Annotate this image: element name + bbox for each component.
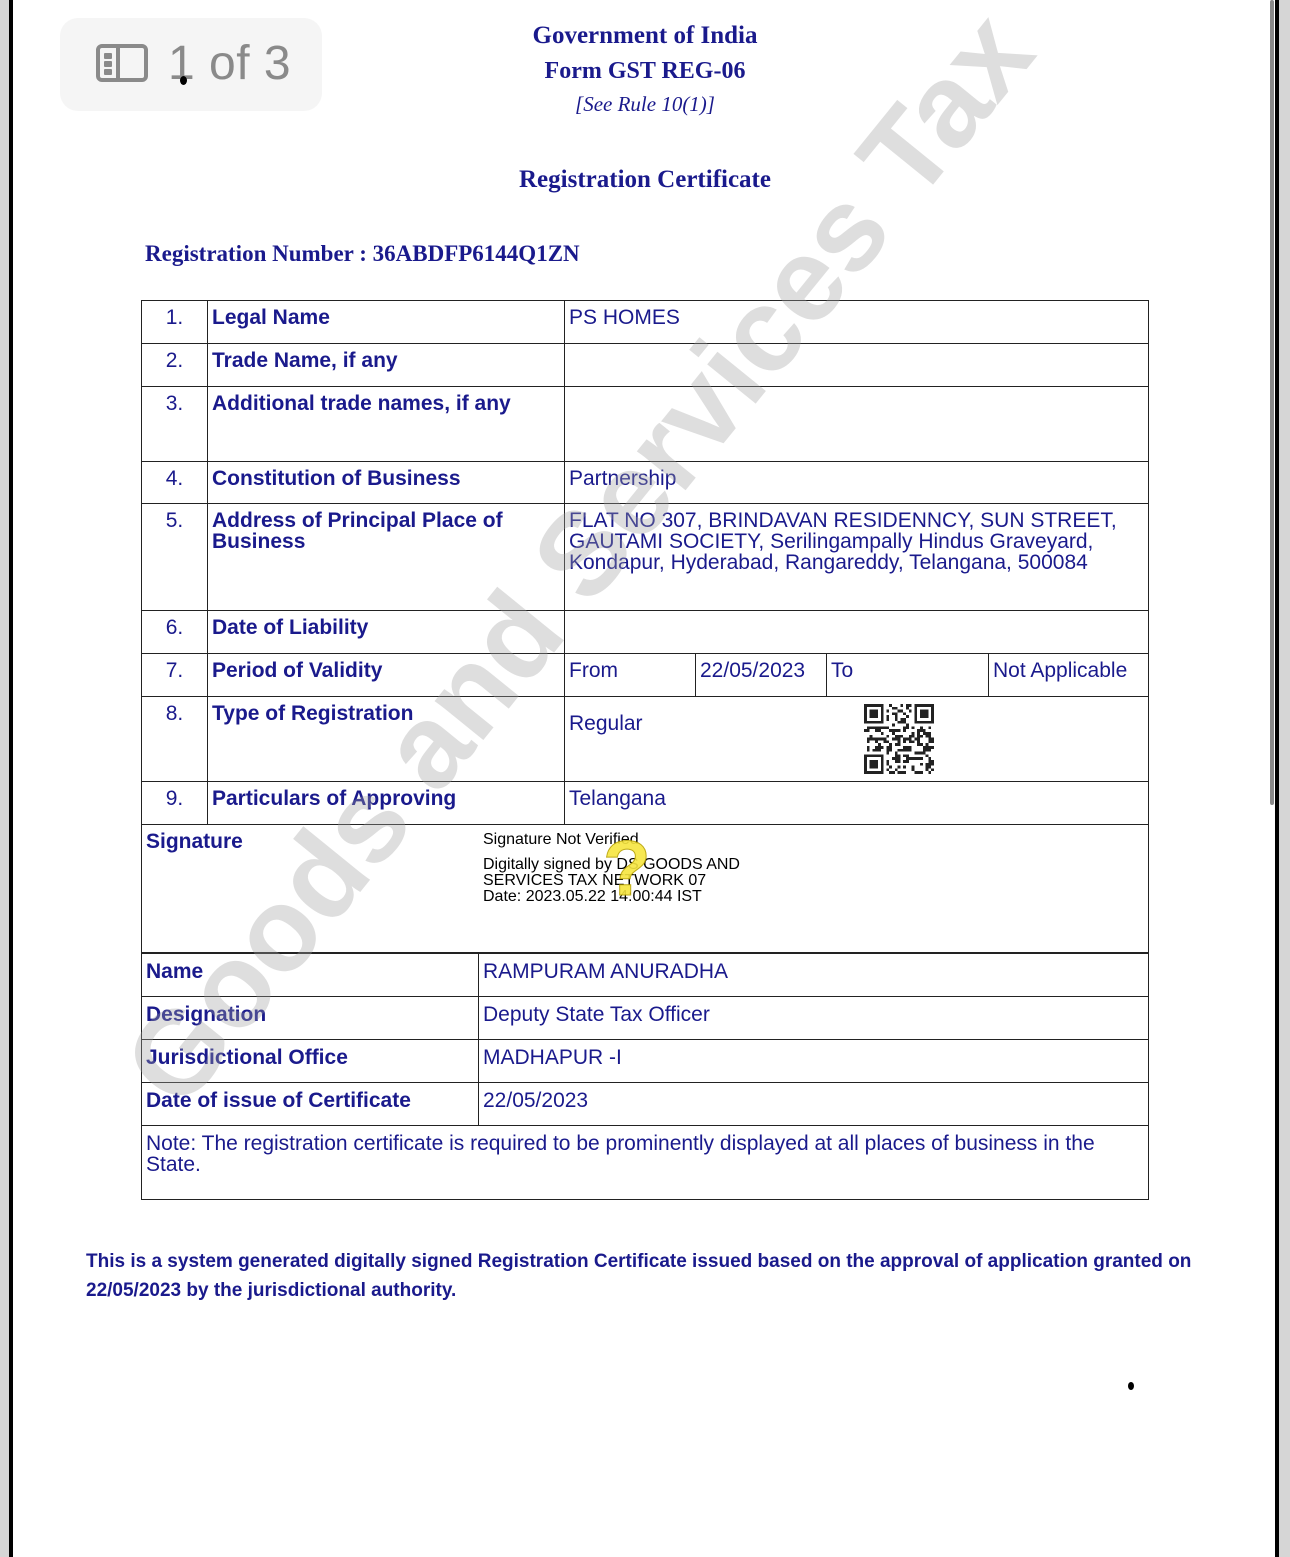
rule-reference: [See Rule 10(1)]	[0, 92, 1290, 117]
row-number: 2.	[142, 344, 208, 387]
row-number: 7.	[142, 654, 208, 697]
issue-date-value: 22/05/2023	[479, 1083, 1149, 1126]
question-mark-icon[interactable]: ?	[603, 828, 651, 908]
row-label: Particulars of Approving	[208, 782, 565, 825]
row-label: Constitution of Business	[208, 462, 565, 504]
row-number: 8.	[142, 697, 208, 782]
approving-authority-value: Telangana	[565, 782, 1149, 825]
jurisdictional-office-value: MADHAPUR -I	[479, 1040, 1149, 1083]
table-row: 1. Legal Name PS HOMES	[142, 301, 1149, 344]
table-row: 9. Particulars of Approving Telangana	[142, 782, 1149, 825]
table-row: 4. Constitution of Business Partnership	[142, 462, 1149, 504]
table-row: 2. Trade Name, if any	[142, 344, 1149, 387]
officer-name-label: Name	[142, 954, 479, 997]
constitution-value: Partnership	[565, 462, 1149, 504]
validity-from-value: 22/05/2023	[696, 654, 827, 697]
date-of-liability-value	[565, 611, 1149, 654]
registration-number-label: Registration Number :	[145, 241, 373, 266]
registration-number-value: 36ABDFP6144Q1ZN	[373, 241, 580, 266]
table-row: DesignationDeputy State Tax Officer	[142, 997, 1149, 1040]
table-row: 5. Address of Principal Place of Busines…	[142, 504, 1149, 611]
row-number: 1.	[142, 301, 208, 344]
designation-label: Designation	[142, 997, 479, 1040]
row-number: 6.	[142, 611, 208, 654]
note-text: Note: The registration certificate is re…	[142, 1126, 1149, 1200]
table-row: Jurisdictional OfficeMADHAPUR -I	[142, 1040, 1149, 1083]
row-number: 9.	[142, 782, 208, 825]
form-heading: Form GST REG-06	[0, 58, 1290, 85]
row-label: Address of Principal Place of Business	[208, 504, 565, 611]
touch-dot	[1128, 1382, 1134, 1390]
designation-value: Deputy State Tax Officer	[479, 997, 1149, 1040]
scrollbar[interactable]	[1270, 0, 1274, 805]
government-heading: Government of India	[0, 22, 1290, 50]
table-row: 6. Date of Liability	[142, 611, 1149, 654]
row-number: 4.	[142, 462, 208, 504]
table-row: NameRAMPURAM ANURADHA	[142, 954, 1149, 997]
row-label: Trade Name, if any	[208, 344, 565, 387]
table-row: 3. Additional trade names, if any	[142, 387, 1149, 462]
validity-to-label: To	[827, 654, 989, 697]
legal-name-value: PS HOMES	[565, 301, 1149, 344]
issue-date-label: Date of issue of Certificate	[142, 1083, 479, 1126]
row-number: 5.	[142, 504, 208, 611]
footer-statement: This is a system generated digitally sig…	[86, 1247, 1196, 1305]
row-label: Period of Validity	[208, 654, 565, 697]
address-value: FLAT NO 307, BRINDAVAN RESIDENNCY, SUN S…	[565, 504, 1149, 611]
row-label: Type of Registration	[208, 697, 565, 782]
trade-name-value	[565, 344, 1149, 387]
row-number: 3.	[142, 387, 208, 462]
registration-type-value: Regular	[565, 697, 1149, 782]
table-row: 8. Type of Registration Regular	[142, 697, 1149, 782]
validity-from-label: From	[565, 654, 696, 697]
table-row: 7. Period of Validity From 22/05/2023 To…	[142, 654, 1149, 697]
row-label: Date of Liability	[208, 611, 565, 654]
officer-name-value: RAMPURAM ANURADHA	[479, 954, 1149, 997]
validity-to-value: Not Applicable	[989, 654, 1149, 697]
jurisdictional-office-label: Jurisdictional Office	[142, 1040, 479, 1083]
additional-trade-names-value	[565, 387, 1149, 462]
row-label: Additional trade names, if any	[208, 387, 565, 462]
officer-table: NameRAMPURAM ANURADHA DesignationDeputy …	[141, 953, 1149, 1200]
note-row: Note: The registration certificate is re…	[142, 1126, 1149, 1200]
qr-code-icon	[864, 704, 934, 774]
row-label: Legal Name	[208, 301, 565, 344]
registration-number: Registration Number : 36ABDFP6144Q1ZN	[145, 241, 580, 267]
table-row: Date of issue of Certificate22/05/2023	[142, 1083, 1149, 1126]
certificate-title: Registration Certificate	[0, 166, 1290, 194]
